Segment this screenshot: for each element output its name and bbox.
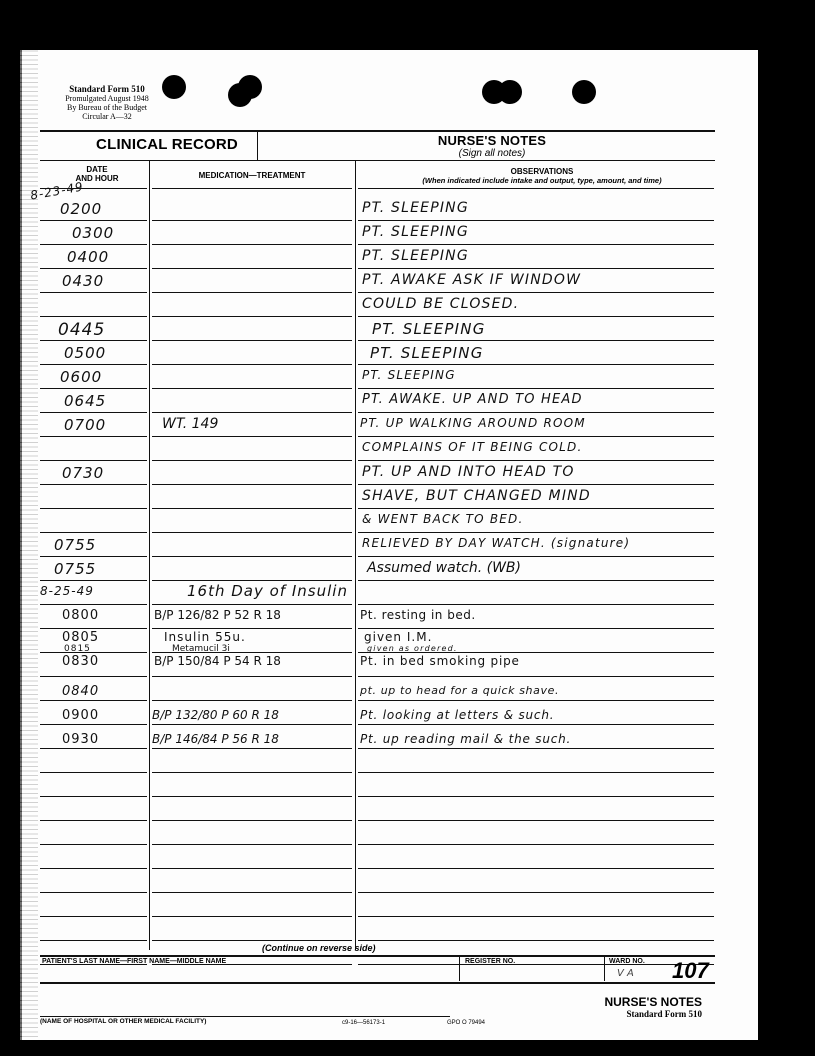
entry-time: 0430 xyxy=(62,272,104,290)
entry-observation: RELIEVED BY DAY WATCH. (signature) xyxy=(362,536,630,550)
entry-time: 0840 xyxy=(62,684,99,699)
ruled-line xyxy=(152,532,352,533)
header-rule-top xyxy=(40,130,715,132)
ruled-line xyxy=(152,868,352,869)
ruled-line xyxy=(358,460,714,461)
punch-hole-5 xyxy=(498,80,522,104)
entry-time: 0800 xyxy=(62,608,99,623)
form-footer-name: NURSE'S NOTES xyxy=(562,995,702,1009)
ruled-line xyxy=(358,484,714,485)
entry-observation: & WENT BACK TO BED. xyxy=(362,512,524,526)
ruled-line xyxy=(152,604,352,605)
ruled-line xyxy=(40,532,147,533)
entry-time: 0730 xyxy=(62,464,104,482)
entry-time: 0445 xyxy=(58,320,105,340)
ruled-line xyxy=(358,388,714,389)
ruled-line xyxy=(40,460,147,461)
entry-observation: PT. AWAKE. UP AND TO HEAD xyxy=(362,392,583,407)
entry-observation: PT. SLEEPING xyxy=(362,200,469,216)
ward-scrawl: V A xyxy=(617,968,634,979)
standard-form-label: Standard Form 510 xyxy=(52,85,162,94)
nurses-notes-header: NURSE'S NOTES (Sign all notes) xyxy=(382,133,602,159)
entry-time: 0755 xyxy=(54,560,96,578)
ruled-line xyxy=(358,868,714,869)
ruled-line xyxy=(40,772,147,773)
ruled-line xyxy=(40,508,147,509)
ruled-line xyxy=(152,412,352,413)
entry-time: 0930 xyxy=(62,732,99,747)
entry-observation: Pt. up reading mail & the such. xyxy=(360,732,571,746)
ruled-line xyxy=(152,820,352,821)
ruled-line xyxy=(358,532,714,533)
gpo-code: GPO O 79494 xyxy=(447,1020,485,1026)
ruled-line xyxy=(358,748,714,749)
ruled-line xyxy=(152,748,352,749)
ruled-line xyxy=(358,508,714,509)
ruled-line xyxy=(40,724,147,725)
ruled-line xyxy=(358,436,714,437)
ruled-line xyxy=(40,340,147,341)
ruled-line xyxy=(40,484,147,485)
circular-label: Circular A—32 xyxy=(52,112,162,121)
ruled-line xyxy=(152,580,352,581)
ruled-line xyxy=(40,628,147,629)
ruled-line xyxy=(358,940,714,941)
entry-time: 0805 xyxy=(62,630,99,645)
ruled-line xyxy=(40,892,147,893)
ruled-line xyxy=(152,676,352,677)
footer-rule-top xyxy=(40,955,715,957)
col-header-date-line1: DATE xyxy=(47,165,147,174)
header-rule-mid xyxy=(40,160,715,161)
entry-observation: PT. UP AND INTO HEAD TO xyxy=(362,464,575,480)
header-divider xyxy=(257,130,258,160)
col-header-obs-note: (When indicated include intake and outpu… xyxy=(362,176,722,185)
ruled-line xyxy=(358,892,714,893)
ruled-line xyxy=(40,796,147,797)
ruled-line xyxy=(40,388,147,389)
ruled-line xyxy=(358,220,714,221)
entry-medication: B/P 126/82 P 52 R 18 xyxy=(154,608,281,622)
entry-medication: Metamucil 3i xyxy=(172,644,230,654)
ward-no-value: 107 xyxy=(672,958,709,984)
ruled-line xyxy=(40,748,147,749)
ruled-line xyxy=(358,796,714,797)
entry-observation: Assumed watch. (WB) xyxy=(367,560,521,576)
ruled-line xyxy=(152,316,352,317)
form-id-block: Standard Form 510 Promulgated August 194… xyxy=(52,85,162,121)
entry-medication: B/P 150/84 P 54 R 18 xyxy=(154,654,281,668)
ruled-line xyxy=(358,292,714,293)
entry-observation: SHAVE, BUT CHANGED MIND xyxy=(362,488,591,504)
ruled-line xyxy=(40,676,147,677)
entry-observation: Pt. looking at letters & such. xyxy=(360,708,554,722)
ruled-line xyxy=(152,340,352,341)
punch-hole-6 xyxy=(572,80,596,104)
ruled-line xyxy=(152,188,352,189)
ruled-line xyxy=(358,772,714,773)
print-code: c9-16—56173-1 xyxy=(342,1020,385,1026)
ruled-line xyxy=(358,964,714,965)
ruled-line xyxy=(40,820,147,821)
entry-medication: B/P 146/84 P 56 R 18 xyxy=(152,732,279,746)
ward-divider xyxy=(604,955,605,981)
ruled-line xyxy=(152,772,352,773)
entry-time: 0755 xyxy=(54,536,96,554)
ruled-line xyxy=(358,244,714,245)
entry-observation: PT. SLEEPING xyxy=(362,248,469,264)
ruled-line xyxy=(358,340,714,341)
sign-notes-subtitle: (Sign all notes) xyxy=(382,148,602,159)
entry-observation: PT. SLEEPING xyxy=(362,224,469,240)
ruled-line xyxy=(40,436,147,437)
entry-observation: Pt. resting in bed. xyxy=(360,608,476,622)
ruled-line xyxy=(152,268,352,269)
ruled-line xyxy=(152,436,352,437)
ruled-line xyxy=(358,700,714,701)
ruled-line xyxy=(152,724,352,725)
hospital-label: (NAME OF HOSPITAL OR OTHER MEDICAL FACIL… xyxy=(40,1018,206,1025)
entry-observation: pt. up to head for a quick shave. xyxy=(360,684,559,697)
entry-time: 0830 xyxy=(62,654,99,669)
col-header-date: DATE AND HOUR xyxy=(47,165,147,183)
ruled-line xyxy=(152,388,352,389)
entry-observation: PT. AWAKE ASK IF WINDOW xyxy=(362,272,581,288)
ruled-line xyxy=(358,676,714,677)
form-footer-number: Standard Form 510 xyxy=(562,1009,702,1019)
clinical-record-title: CLINICAL RECORD xyxy=(82,136,252,153)
entry-date: 8-25-49 xyxy=(40,584,94,598)
entry-time: 0700 xyxy=(64,416,106,434)
col-divider-med xyxy=(355,160,356,950)
ruled-line xyxy=(40,244,147,245)
nurses-notes-title: NURSE'S NOTES xyxy=(382,133,602,148)
ruled-line xyxy=(152,940,352,941)
ruled-line xyxy=(40,916,147,917)
col-header-observations: OBSERVATIONS (When indicated include int… xyxy=(362,167,722,185)
ruled-line xyxy=(358,628,714,629)
ruled-line xyxy=(358,844,714,845)
punch-hole-3 xyxy=(238,75,262,99)
ruled-line xyxy=(40,700,147,701)
entry-observation: PT. SLEEPING xyxy=(370,344,484,362)
ruled-line xyxy=(358,820,714,821)
ruled-line xyxy=(152,796,352,797)
ruled-line xyxy=(40,364,147,365)
ruled-line xyxy=(358,916,714,917)
ruled-line xyxy=(358,268,714,269)
ruled-line xyxy=(40,868,147,869)
ruled-line xyxy=(40,220,147,221)
entry-observation: Pt. in bed smoking pipe xyxy=(360,654,520,668)
entry-time: 0500 xyxy=(64,344,106,362)
ruled-line xyxy=(152,916,352,917)
col-divider-date xyxy=(149,160,150,950)
ruled-line xyxy=(358,556,714,557)
ruled-line xyxy=(152,244,352,245)
col-header-obs-title: OBSERVATIONS xyxy=(362,167,722,176)
entry-medication: WT. 149 xyxy=(162,416,218,432)
clinical-record-form: Standard Form 510 Promulgated August 194… xyxy=(22,50,758,1040)
entry-time: 0300 xyxy=(72,224,114,242)
entry-observation: given as ordered. xyxy=(367,644,458,653)
form-footer-title: NURSE'S NOTES Standard Form 510 xyxy=(562,995,702,1019)
patient-name-label: PATIENT'S LAST NAME—FIRST NAME—MIDDLE NA… xyxy=(42,958,226,965)
ruled-line xyxy=(358,316,714,317)
register-divider xyxy=(459,955,460,981)
register-no-label: REGISTER NO. xyxy=(465,958,515,965)
promulgated-label: Promulgated August 1948 xyxy=(52,94,162,103)
ruled-line xyxy=(152,460,352,461)
entry-observation: given I.M. xyxy=(364,630,432,644)
ruled-line xyxy=(152,892,352,893)
entry-medication: Insulin 55u. xyxy=(164,630,246,644)
ruled-line xyxy=(40,268,147,269)
footer-rule-mid xyxy=(40,982,715,984)
ruled-line xyxy=(152,292,352,293)
ruled-line xyxy=(40,604,147,605)
punch-hole-1 xyxy=(162,75,186,99)
ruled-line xyxy=(152,220,352,221)
ruled-line xyxy=(40,412,147,413)
entry-time: 0400 xyxy=(67,248,109,266)
entry-medication: B/P 132/80 P 60 R 18 xyxy=(152,708,279,722)
ruled-line xyxy=(40,940,147,941)
hospital-rule xyxy=(40,1016,450,1017)
ruled-line xyxy=(40,580,147,581)
entry-time: 0900 xyxy=(62,708,99,723)
entry-observation: COULD BE CLOSED. xyxy=(362,296,519,312)
ruled-line xyxy=(152,844,352,845)
ruled-line xyxy=(358,188,714,189)
ruled-line xyxy=(152,364,352,365)
ruled-line xyxy=(40,844,147,845)
entry-time: 0645 xyxy=(64,392,106,410)
ward-no-label: WARD NO. xyxy=(609,958,645,965)
entry-observation: COMPLAINS OF IT BEING COLD. xyxy=(362,440,583,454)
ruled-line xyxy=(40,556,147,557)
ruled-line xyxy=(152,556,352,557)
ruled-line xyxy=(152,628,352,629)
entry-observation: PT. SLEEPING xyxy=(362,368,456,382)
continue-note: (Continue on reverse side) xyxy=(262,943,376,953)
entry-observation: PT. UP WALKING AROUND ROOM xyxy=(360,416,586,430)
entry-time: 0600 xyxy=(60,368,102,386)
col-header-date-line2: AND HOUR xyxy=(47,174,147,183)
ruled-line xyxy=(152,700,352,701)
ruled-line xyxy=(358,412,714,413)
entry-observation: PT. SLEEPING xyxy=(372,320,486,338)
ruled-line xyxy=(40,292,147,293)
ruled-line xyxy=(152,508,352,509)
col-header-medication: MEDICATION—TREATMENT xyxy=(152,171,352,180)
ruled-line xyxy=(358,724,714,725)
entry-time: 0815 xyxy=(64,644,91,654)
ruled-line xyxy=(40,316,147,317)
bureau-label: By Bureau of the Budget xyxy=(52,103,162,112)
ruled-line xyxy=(40,652,147,653)
ruled-line xyxy=(358,604,714,605)
ruled-line xyxy=(152,484,352,485)
entry-time: 0200 xyxy=(60,200,102,218)
entry-medication: 16th Day of Insulin xyxy=(187,582,348,600)
ruled-line xyxy=(358,580,714,581)
ruled-line xyxy=(358,364,714,365)
